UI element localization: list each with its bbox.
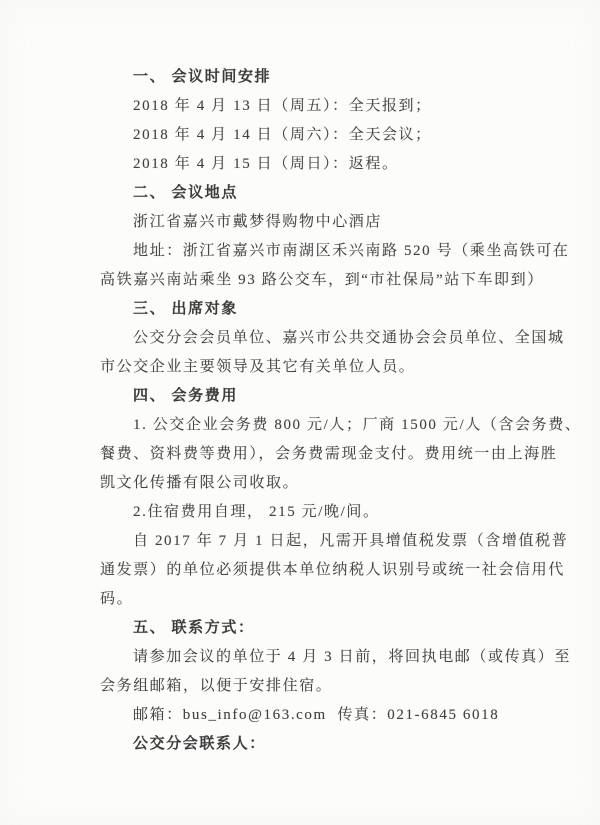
- venue-address-line-1: 地址：浙江省嘉兴市南湖区禾兴南路 520 号（乘坐高铁可在: [100, 237, 560, 266]
- reply-instruction-line-2: 会务组邮箱，以便于安排住宿。: [100, 672, 560, 701]
- fees-line-2: 餐费、资料费等费用），会务费需现金支付。费用统一由上海胜: [100, 440, 560, 469]
- section-4-heading: 四、 会务费用: [100, 382, 560, 411]
- reply-instruction-line-1: 请参加会议的单位于 4 月 3 日前，将回执电邮（或传真）至: [100, 643, 560, 672]
- section-5-heading: 五、 联系方式：: [100, 614, 560, 643]
- attendees-line-1: 公交分会会员单位、嘉兴市公共交通协会会员单位、全国城: [100, 324, 560, 353]
- contact-person-heading: 公交分会联系人：: [100, 730, 560, 759]
- fees-line-1: 1. 公交企业会务费 800 元/人；厂商 1500 元/人（含会务费、: [100, 411, 560, 440]
- section-3-heading: 三、 出席对象: [100, 295, 560, 324]
- email-fax-line: 邮箱：bus_info@163.com 传真：021-6845 6018: [100, 701, 560, 730]
- schedule-line-day3: 2018 年 4 月 15 日（周日）：返程。: [100, 150, 560, 179]
- fees-line-3: 凯文化传播有限公司收取。: [100, 469, 560, 498]
- schedule-line-day1: 2018 年 4 月 13 日（周五）：全天报到；: [100, 92, 560, 121]
- venue-address-line-2: 高铁嘉兴南站乘坐 93 路公交车，到“市社保局”站下车即到）: [100, 266, 560, 295]
- schedule-line-day2: 2018 年 4 月 14 日（周六）：全天会议；: [100, 121, 560, 150]
- venue-name-line: 浙江省嘉兴市戴梦得购物中心酒店: [100, 208, 560, 237]
- invoice-note-line-3: 码。: [100, 585, 560, 614]
- attendees-line-2: 市公交企业主要领导及其它有关单位人员。: [100, 353, 560, 382]
- section-2-heading: 二、 会议地点: [100, 179, 560, 208]
- invoice-note-line-2: 通发票）的单位必须提供本单位纳税人识别号或统一社会信用代: [100, 556, 560, 585]
- invoice-note-line-1: 自 2017 年 7 月 1 日起，凡需开具增值税发票（含增值税普: [100, 527, 560, 556]
- document-page: 一、 会议时间安排 2018 年 4 月 13 日（周五）：全天报到； 2018…: [0, 0, 600, 825]
- section-1-heading: 一、 会议时间安排: [100, 63, 560, 92]
- document-text-block: 一、 会议时间安排 2018 年 4 月 13 日（周五）：全天报到； 2018…: [100, 63, 560, 759]
- lodging-fee-line: 2.住宿费用自理， 215 元/晚/间。: [100, 498, 560, 527]
